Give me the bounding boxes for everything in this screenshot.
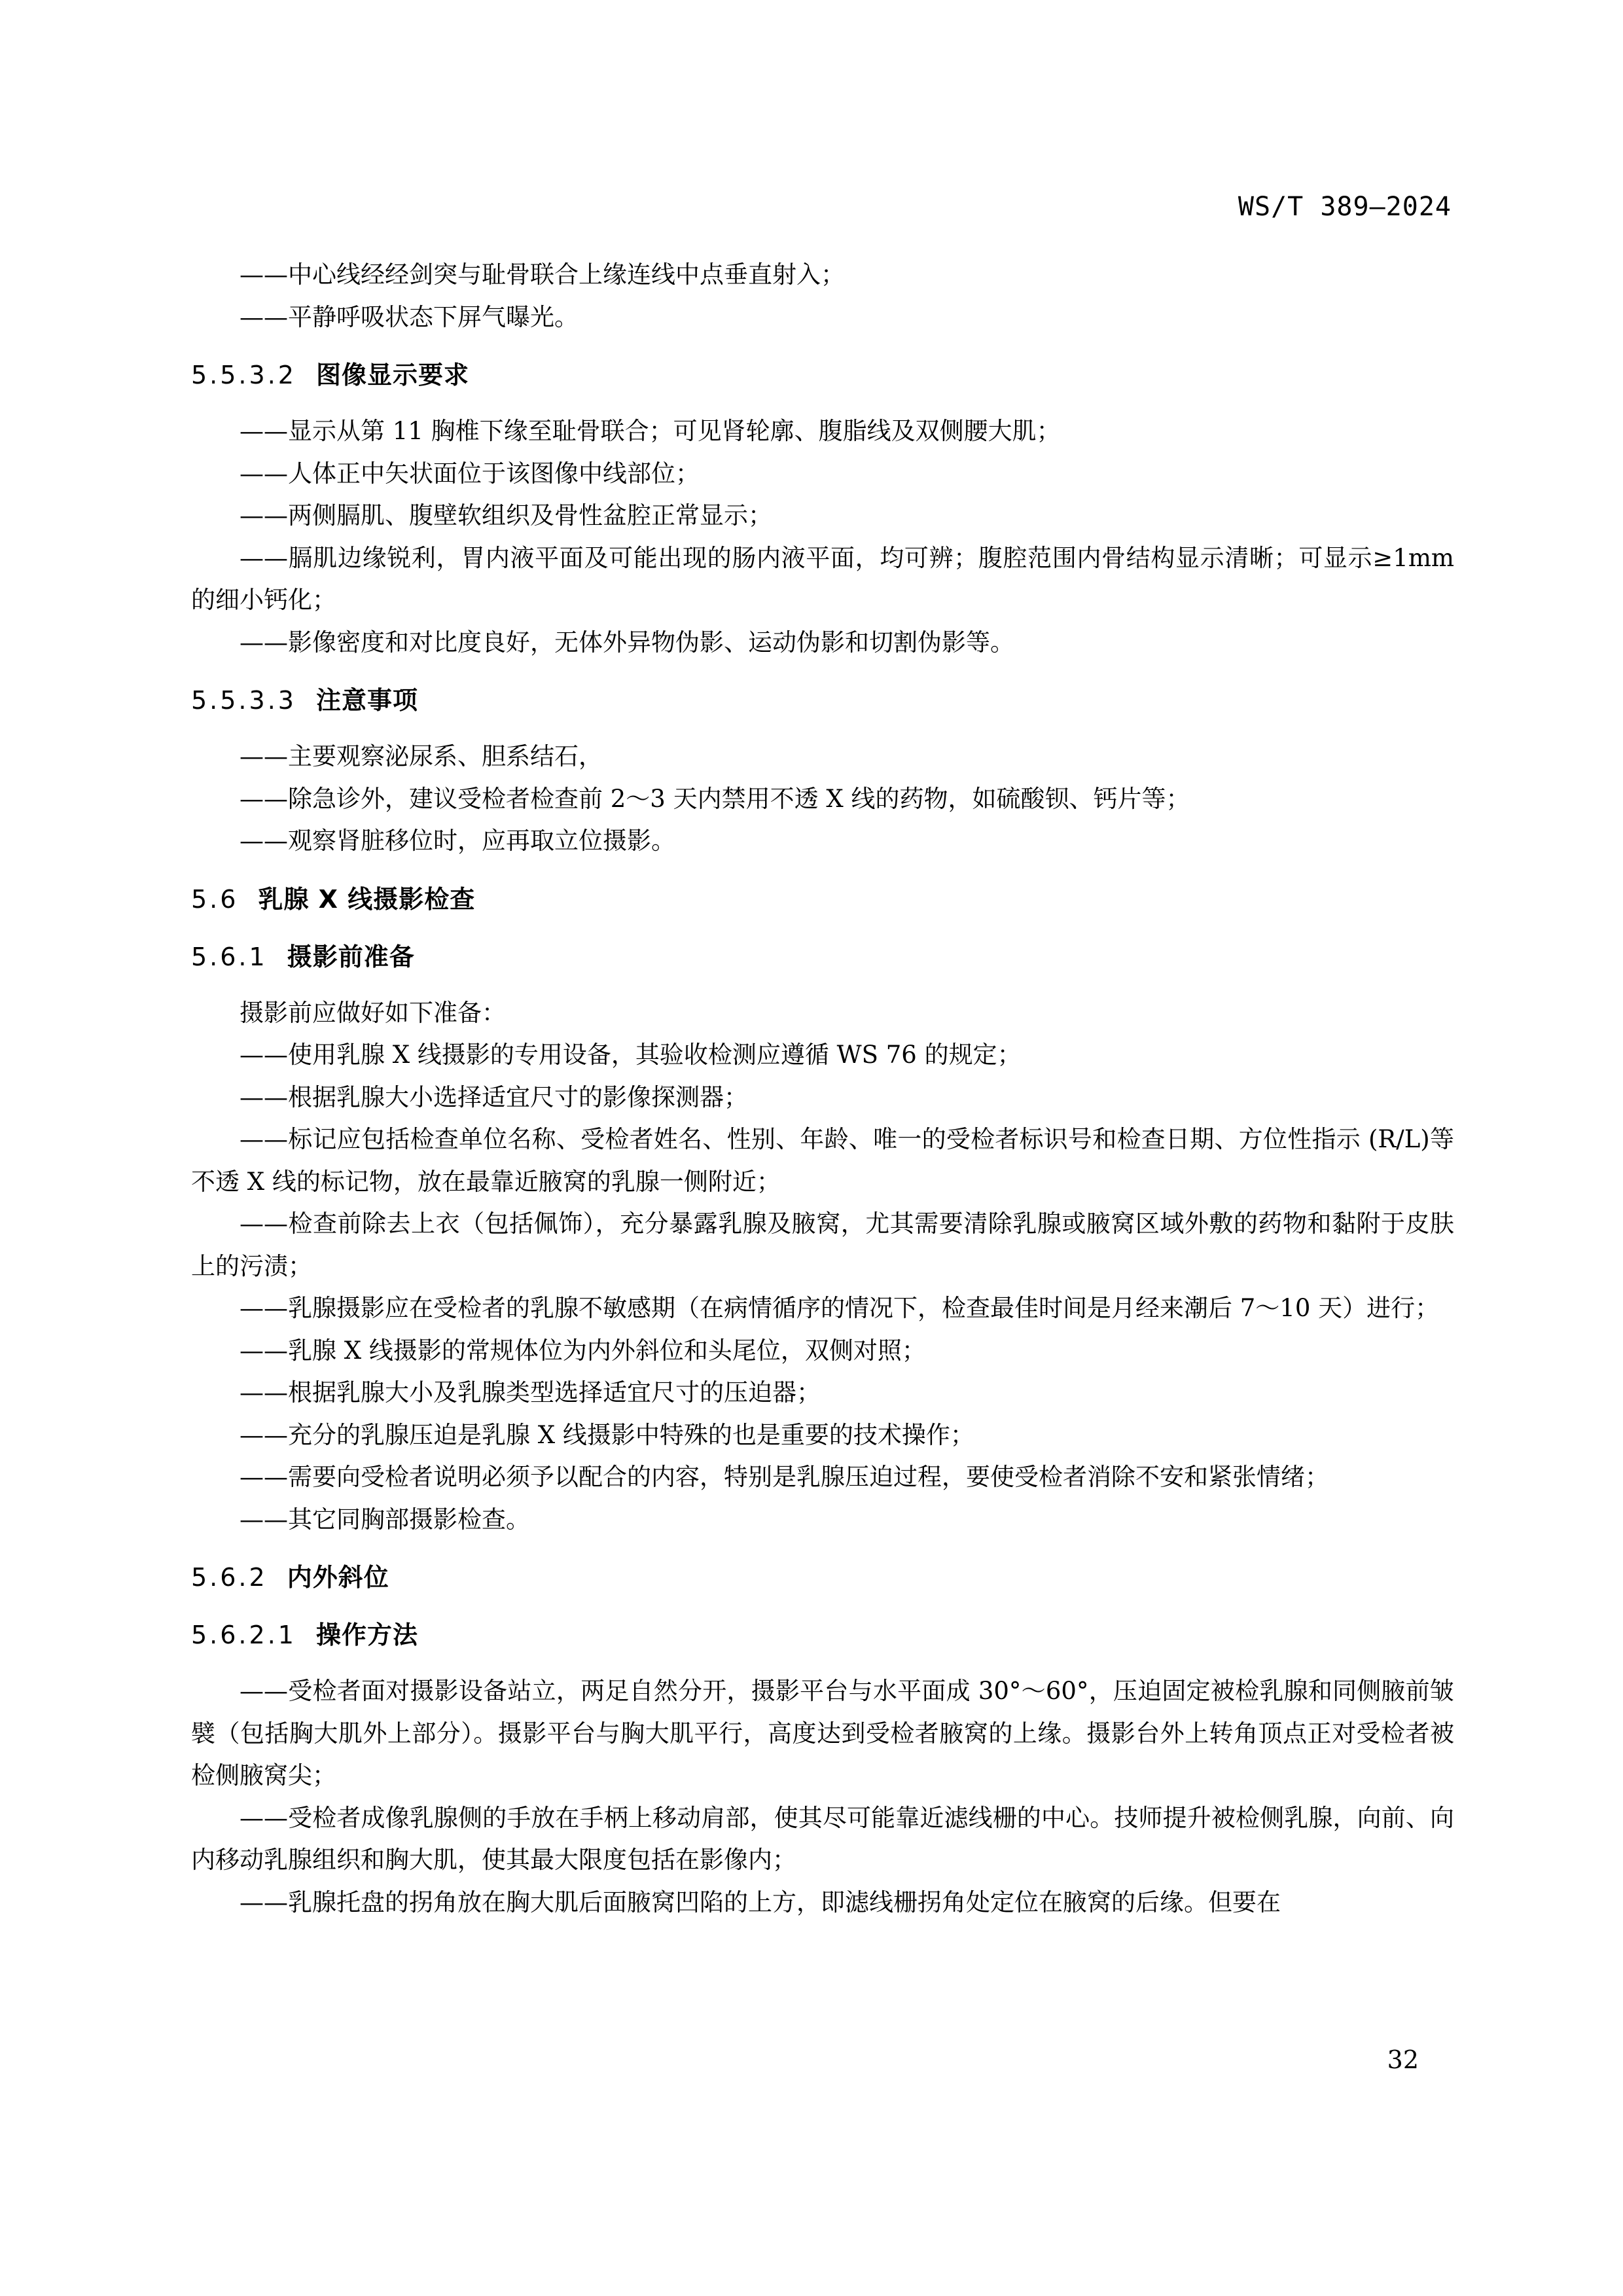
section-number: 5.6 [191, 878, 238, 920]
section-title: 摄影前准备 [287, 942, 415, 971]
list-item: ——受检者成像乳腺侧的手放在手柄上移动肩部，使其尽可能靠近滤线栅的中心。技师提升… [191, 1797, 1454, 1882]
document-page: WS/T 389—2024 ——中心线经经剑突与耻骨联合上缘连线中点垂直射入； … [0, 0, 1623, 2296]
list-item: ——观察肾脏移位时，应再取立位摄影。 [191, 820, 1454, 863]
list-item: ——两侧膈肌、腹壁软组织及骨性盆腔正常显示； [191, 495, 1454, 537]
section-title: 内外斜位 [287, 1563, 389, 1592]
list-item: ——膈肌边缘锐利，胃内液平面及可能出现的肠内液平面，均可辨；腹腔范围内骨结构显示… [191, 537, 1454, 622]
section-heading-5-6-2-1: 5.6.2.1操作方法 [191, 1614, 1454, 1656]
list-item: ——乳腺托盘的拐角放在胸大肌后面腋窝凹陷的上方，即滤线栅拐角处定位在腋窝的后缘。… [191, 1882, 1454, 1924]
section-number: 5.6.2 [191, 1556, 268, 1598]
list-item: ——其它同胸部摄影检查。 [191, 1499, 1454, 1541]
list-item: ——显示从第 11 胸椎下缘至耻骨联合；可见肾轮廓、腹脂线及双侧腰大肌； [191, 410, 1454, 453]
section-number: 5.5.3.3 [191, 679, 296, 721]
list-item: ——使用乳腺 X 线摄影的专用设备，其验收检测应遵循 WS 76 的规定； [191, 1034, 1454, 1077]
list-item: ——根据乳腺大小选择适宜尺寸的影像探测器； [191, 1077, 1454, 1119]
section-number: 5.5.3.2 [191, 354, 296, 396]
list-item: ——充分的乳腺压迫是乳腺 X 线摄影中特殊的也是重要的技术操作； [191, 1414, 1454, 1457]
intro-paragraph: 摄影前应做好如下准备： [191, 992, 1454, 1035]
section-title: 图像显示要求 [316, 361, 469, 389]
list-item: ——乳腺 X 线摄影的常规体位为内外斜位和头尾位，双侧对照； [191, 1330, 1454, 1372]
section-heading-5-6: 5.6乳腺 X 线摄影检查 [191, 878, 1454, 920]
list-item: ——受检者面对摄影设备站立，两足自然分开，摄影平台与水平面成 30°～60°，压… [191, 1670, 1454, 1797]
list-item: ——人体正中矢状面位于该图像中线部位； [191, 453, 1454, 495]
section-heading-5-5-3-3: 5.5.3.3注意事项 [191, 679, 1454, 721]
section-heading-5-6-2: 5.6.2内外斜位 [191, 1556, 1454, 1598]
list-item: ——根据乳腺大小及乳腺类型选择适宜尺寸的压迫器； [191, 1372, 1454, 1414]
list-item: ——需要向受检者说明必须予以配合的内容，特别是乳腺压迫过程，要使受检者消除不安和… [191, 1456, 1454, 1499]
standard-code-header: WS/T 389—2024 [1238, 192, 1452, 222]
section-title: 操作方法 [316, 1621, 418, 1649]
list-item: ——影像密度和对比度良好，无体外异物伪影、运动伪影和切割伪影等。 [191, 622, 1454, 664]
section-heading-5-6-1: 5.6.1摄影前准备 [191, 936, 1454, 978]
list-item: ——除急诊外，建议受检者检查前 2～3 天内禁用不透 X 线的药物，如硫酸钡、钙… [191, 778, 1454, 821]
list-item: ——平静呼吸状态下屏气曝光。 [191, 296, 1454, 339]
document-body: ——中心线经经剑突与耻骨联合上缘连线中点垂直射入； ——平静呼吸状态下屏气曝光。… [191, 254, 1454, 1924]
list-item: ——中心线经经剑突与耻骨联合上缘连线中点垂直射入； [191, 254, 1454, 296]
page-number: 32 [1387, 2045, 1419, 2074]
section-number: 5.6.2.1 [191, 1614, 296, 1656]
section-title: 注意事项 [316, 686, 418, 715]
section-title: 乳腺 X 线摄影检查 [258, 885, 475, 914]
list-item: ——主要观察泌尿系、胆系结石， [191, 736, 1454, 778]
list-item: ——乳腺摄影应在受检者的乳腺不敏感期（在病情循序的情况下，检查最佳时间是月经来潮… [191, 1287, 1454, 1330]
section-number: 5.6.1 [191, 936, 268, 978]
list-item: ——检查前除去上衣（包括佩饰），充分暴露乳腺及腋窝，尤其需要清除乳腺或腋窝区域外… [191, 1203, 1454, 1287]
list-item: ——标记应包括检查单位名称、受检者姓名、性别、年龄、唯一的受检者标识号和检查日期… [191, 1119, 1454, 1203]
section-heading-5-5-3-2: 5.5.3.2图像显示要求 [191, 354, 1454, 396]
